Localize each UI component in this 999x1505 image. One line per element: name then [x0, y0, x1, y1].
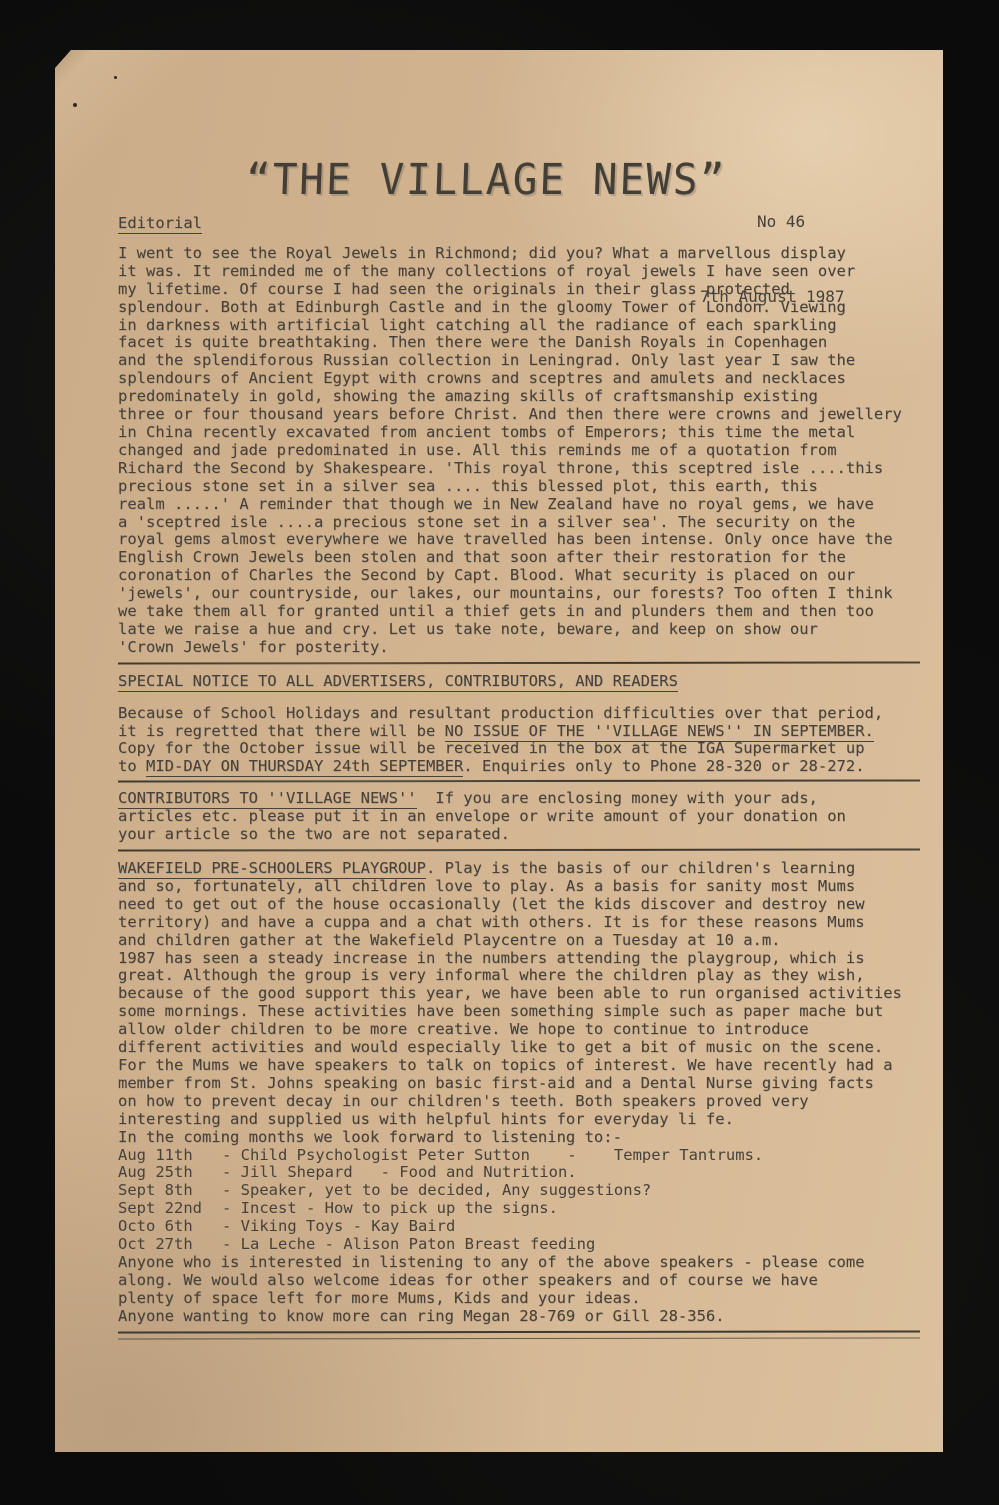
playgroup-body: . Play is the basis of our children's le… [118, 859, 902, 1146]
schedule-topic: - Speaker, yet to be decided, Any sugges… [222, 1181, 651, 1199]
editorial-section-heading-line: Editorial [118, 215, 920, 233]
special-notice-heading: SPECIAL NOTICE TO ALL ADVERTISERS, CONTR… [118, 672, 678, 692]
schedule-topic: - Incest - How to pick up the signs. [222, 1199, 558, 1217]
special-notice-body: Because of School Holidays and resultant… [118, 705, 920, 777]
schedule-topic: - La Leche - Alison Paton Breast feeding [222, 1235, 595, 1253]
editorial-heading: Editorial [118, 214, 202, 234]
paper-speck [73, 103, 77, 107]
paper-speck [114, 76, 117, 79]
schedule-row: Sept 8th- Speaker, yet to be decided, An… [118, 1182, 920, 1200]
section-divider [118, 848, 920, 851]
contributors-section: CONTRIBUTORS TO ''VILLAGE NEWS'' If you … [118, 790, 920, 844]
page-content: Editorial I went to see the Royal Jewels… [118, 215, 920, 1339]
scan-background: { "colors": { "background": "#0b0b0b", "… [0, 0, 999, 1505]
schedule-date: Sept 8th [118, 1182, 222, 1200]
newsletter-page: “THE VILLAGE NEWS” No 46 7th August 1987… [55, 50, 943, 1452]
schedule-row: Oct 27th- La Leche - Alison Paton Breast… [118, 1236, 920, 1254]
paper-crease [55, 50, 315, 240]
playgroup-footer: Anyone who is interested in listening to… [118, 1254, 920, 1326]
special-notice-heading-line: SPECIAL NOTICE TO ALL ADVERTISERS, CONTR… [118, 673, 920, 691]
schedule-date: Octo 6th [118, 1218, 222, 1236]
special-notice-body-tail: . Enquiries only to Phone 28-320 or 28-2… [463, 757, 864, 775]
schedule-date: Sept 22nd [118, 1200, 222, 1218]
section-divider [118, 780, 920, 783]
schedule-topic: - Child Psychologist Peter Sutton - Temp… [222, 1146, 763, 1164]
section-divider [118, 661, 920, 664]
schedule-row: Aug 11th- Child Psychologist Peter Sutto… [118, 1147, 920, 1165]
schedule-row: Sept 22nd- Incest - How to pick up the s… [118, 1200, 920, 1218]
notice-emphasis-deadline: MID-DAY ON THURSDAY 24th SEPTEMBER [146, 757, 463, 777]
schedule-row: Octo 6th- Viking Toys - Kay Baird [118, 1218, 920, 1236]
schedule-topic: - Jill Shepard - Food and Nutrition. [222, 1163, 577, 1181]
schedule-date: Oct 27th [118, 1236, 222, 1254]
editorial-body: I went to see the Royal Jewels in Richmo… [118, 245, 920, 657]
section-divider [118, 1330, 920, 1339]
schedule-date: Aug 25th [118, 1164, 222, 1182]
speaker-schedule: Aug 11th- Child Psychologist Peter Sutto… [118, 1147, 920, 1254]
masthead-title: “THE VILLAGE NEWS” [245, 148, 728, 210]
schedule-date: Aug 11th [118, 1147, 222, 1165]
schedule-topic: - Viking Toys - Kay Baird [222, 1217, 455, 1235]
schedule-row: Aug 25th- Jill Shepard - Food and Nutrit… [118, 1164, 920, 1182]
playgroup-section: WAKEFIELD PRE-SCHOOLERS PLAYGROUP. Play … [118, 860, 920, 1147]
